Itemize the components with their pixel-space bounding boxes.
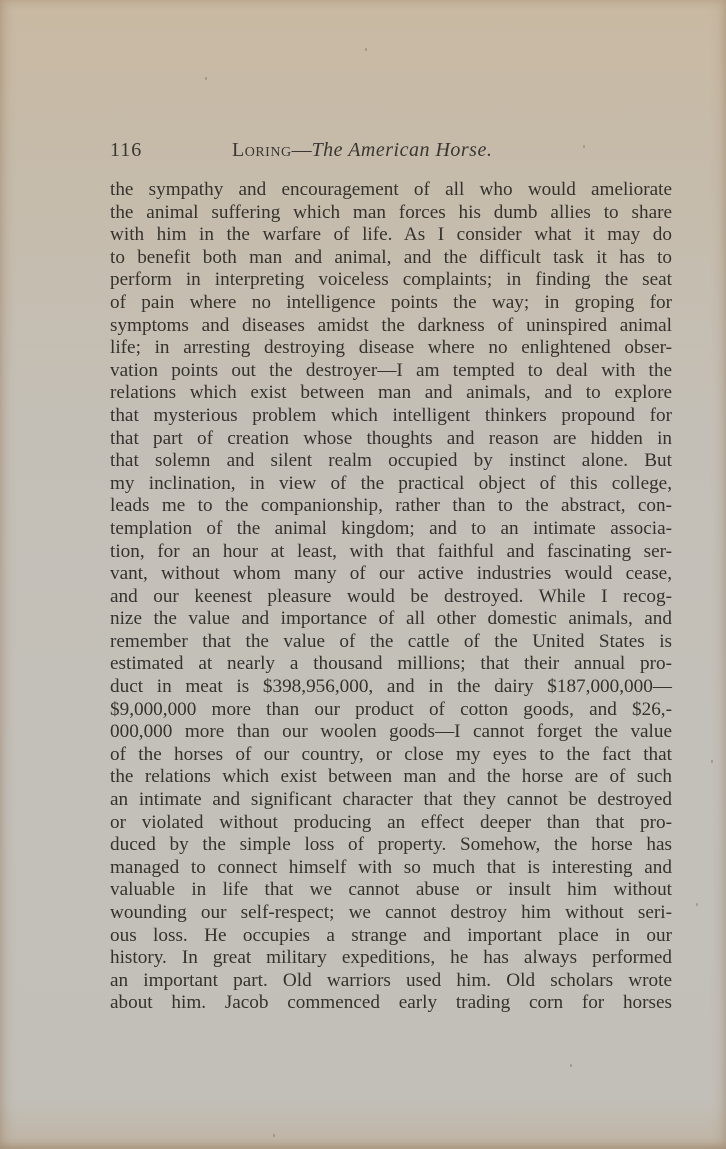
text-line: of the horses of our country, or close m… bbox=[110, 744, 672, 767]
text-line: relations which exist between man and an… bbox=[110, 382, 672, 405]
text-line: of pain where no intelligence points the… bbox=[110, 292, 672, 315]
book-page: 116 Loring—The American Horse. the sympa… bbox=[0, 0, 726, 1149]
text-line: to benefit both man and animal, and the … bbox=[110, 247, 672, 270]
page-number: 116 bbox=[110, 139, 142, 162]
text-line: that mysterious problem which intelligen… bbox=[110, 405, 672, 428]
running-head: Loring—The American Horse. bbox=[232, 139, 492, 162]
text-line: an important part. Old warriors used him… bbox=[110, 970, 672, 993]
running-head-title: The American Horse. bbox=[312, 139, 493, 161]
text-line: life; in arresting destroying disease wh… bbox=[110, 337, 672, 360]
body-text: the sympathy and encouragement of all wh… bbox=[110, 179, 672, 1015]
text-line: and our keenest pleasure would be destro… bbox=[110, 586, 672, 609]
text-line: that part of creation whose thoughts and… bbox=[110, 428, 672, 451]
text-line: vant, without whom many of our active in… bbox=[110, 563, 672, 586]
text-line: leads me to the companionship, rather th… bbox=[110, 495, 672, 518]
text-line: the sympathy and encouragement of all wh… bbox=[110, 179, 672, 202]
text-line: duced by the simple loss of property. So… bbox=[110, 834, 672, 857]
running-header: 116 Loring—The American Horse. bbox=[110, 139, 672, 169]
paper-speck bbox=[273, 1134, 275, 1137]
paper-speck bbox=[570, 1064, 572, 1067]
running-head-separator: — bbox=[292, 139, 312, 161]
paper-speck bbox=[711, 760, 713, 763]
text-line: with him in the warfare of life. As I co… bbox=[110, 224, 672, 247]
text-line: perform in interpreting voiceless compla… bbox=[110, 269, 672, 292]
text-line: 000,000 more than our woolen goods—I can… bbox=[110, 721, 672, 744]
running-head-author: Loring bbox=[232, 139, 292, 161]
text-line: my inclination, in view of the practical… bbox=[110, 473, 672, 496]
text-line: templation of the animal kingdom; and to… bbox=[110, 518, 672, 541]
text-line: duct in meat is $398,956,000, and in the… bbox=[110, 676, 672, 699]
text-line: an intimate and significant character th… bbox=[110, 789, 672, 812]
text-line: managed to connect himself with so much … bbox=[110, 857, 672, 880]
text-line: remember that the value of the cattle of… bbox=[110, 631, 672, 654]
text-line: ous loss. He occupies a strange and impo… bbox=[110, 925, 672, 948]
text-line: wounding our self-respect; we cannot des… bbox=[110, 902, 672, 925]
paper-speck bbox=[696, 903, 698, 906]
text-line: vation points out the destroyer—I am tem… bbox=[110, 360, 672, 383]
text-line: that solemn and silent realm occupied by… bbox=[110, 450, 672, 473]
text-line: the animal suffering which man forces hi… bbox=[110, 202, 672, 225]
text-line: tion, for an hour at least, with that fa… bbox=[110, 541, 672, 564]
paper-speck bbox=[365, 48, 367, 51]
text-line: nize the value and importance of all oth… bbox=[110, 608, 672, 631]
text-line: about him. Jacob commenced early trading… bbox=[110, 992, 672, 1015]
text-line: or violated without producing an effect … bbox=[110, 812, 672, 835]
text-line: estimated at nearly a thousand millions;… bbox=[110, 653, 672, 676]
text-line: the relations which exist between man an… bbox=[110, 766, 672, 789]
text-line: valuable in life that we cannot abuse or… bbox=[110, 879, 672, 902]
paper-speck bbox=[205, 77, 207, 80]
text-line: symptoms and diseases amidst the darknes… bbox=[110, 315, 672, 338]
text-line: $9,000,000 more than our product of cott… bbox=[110, 699, 672, 722]
text-line: history. In great military expeditions, … bbox=[110, 947, 672, 970]
